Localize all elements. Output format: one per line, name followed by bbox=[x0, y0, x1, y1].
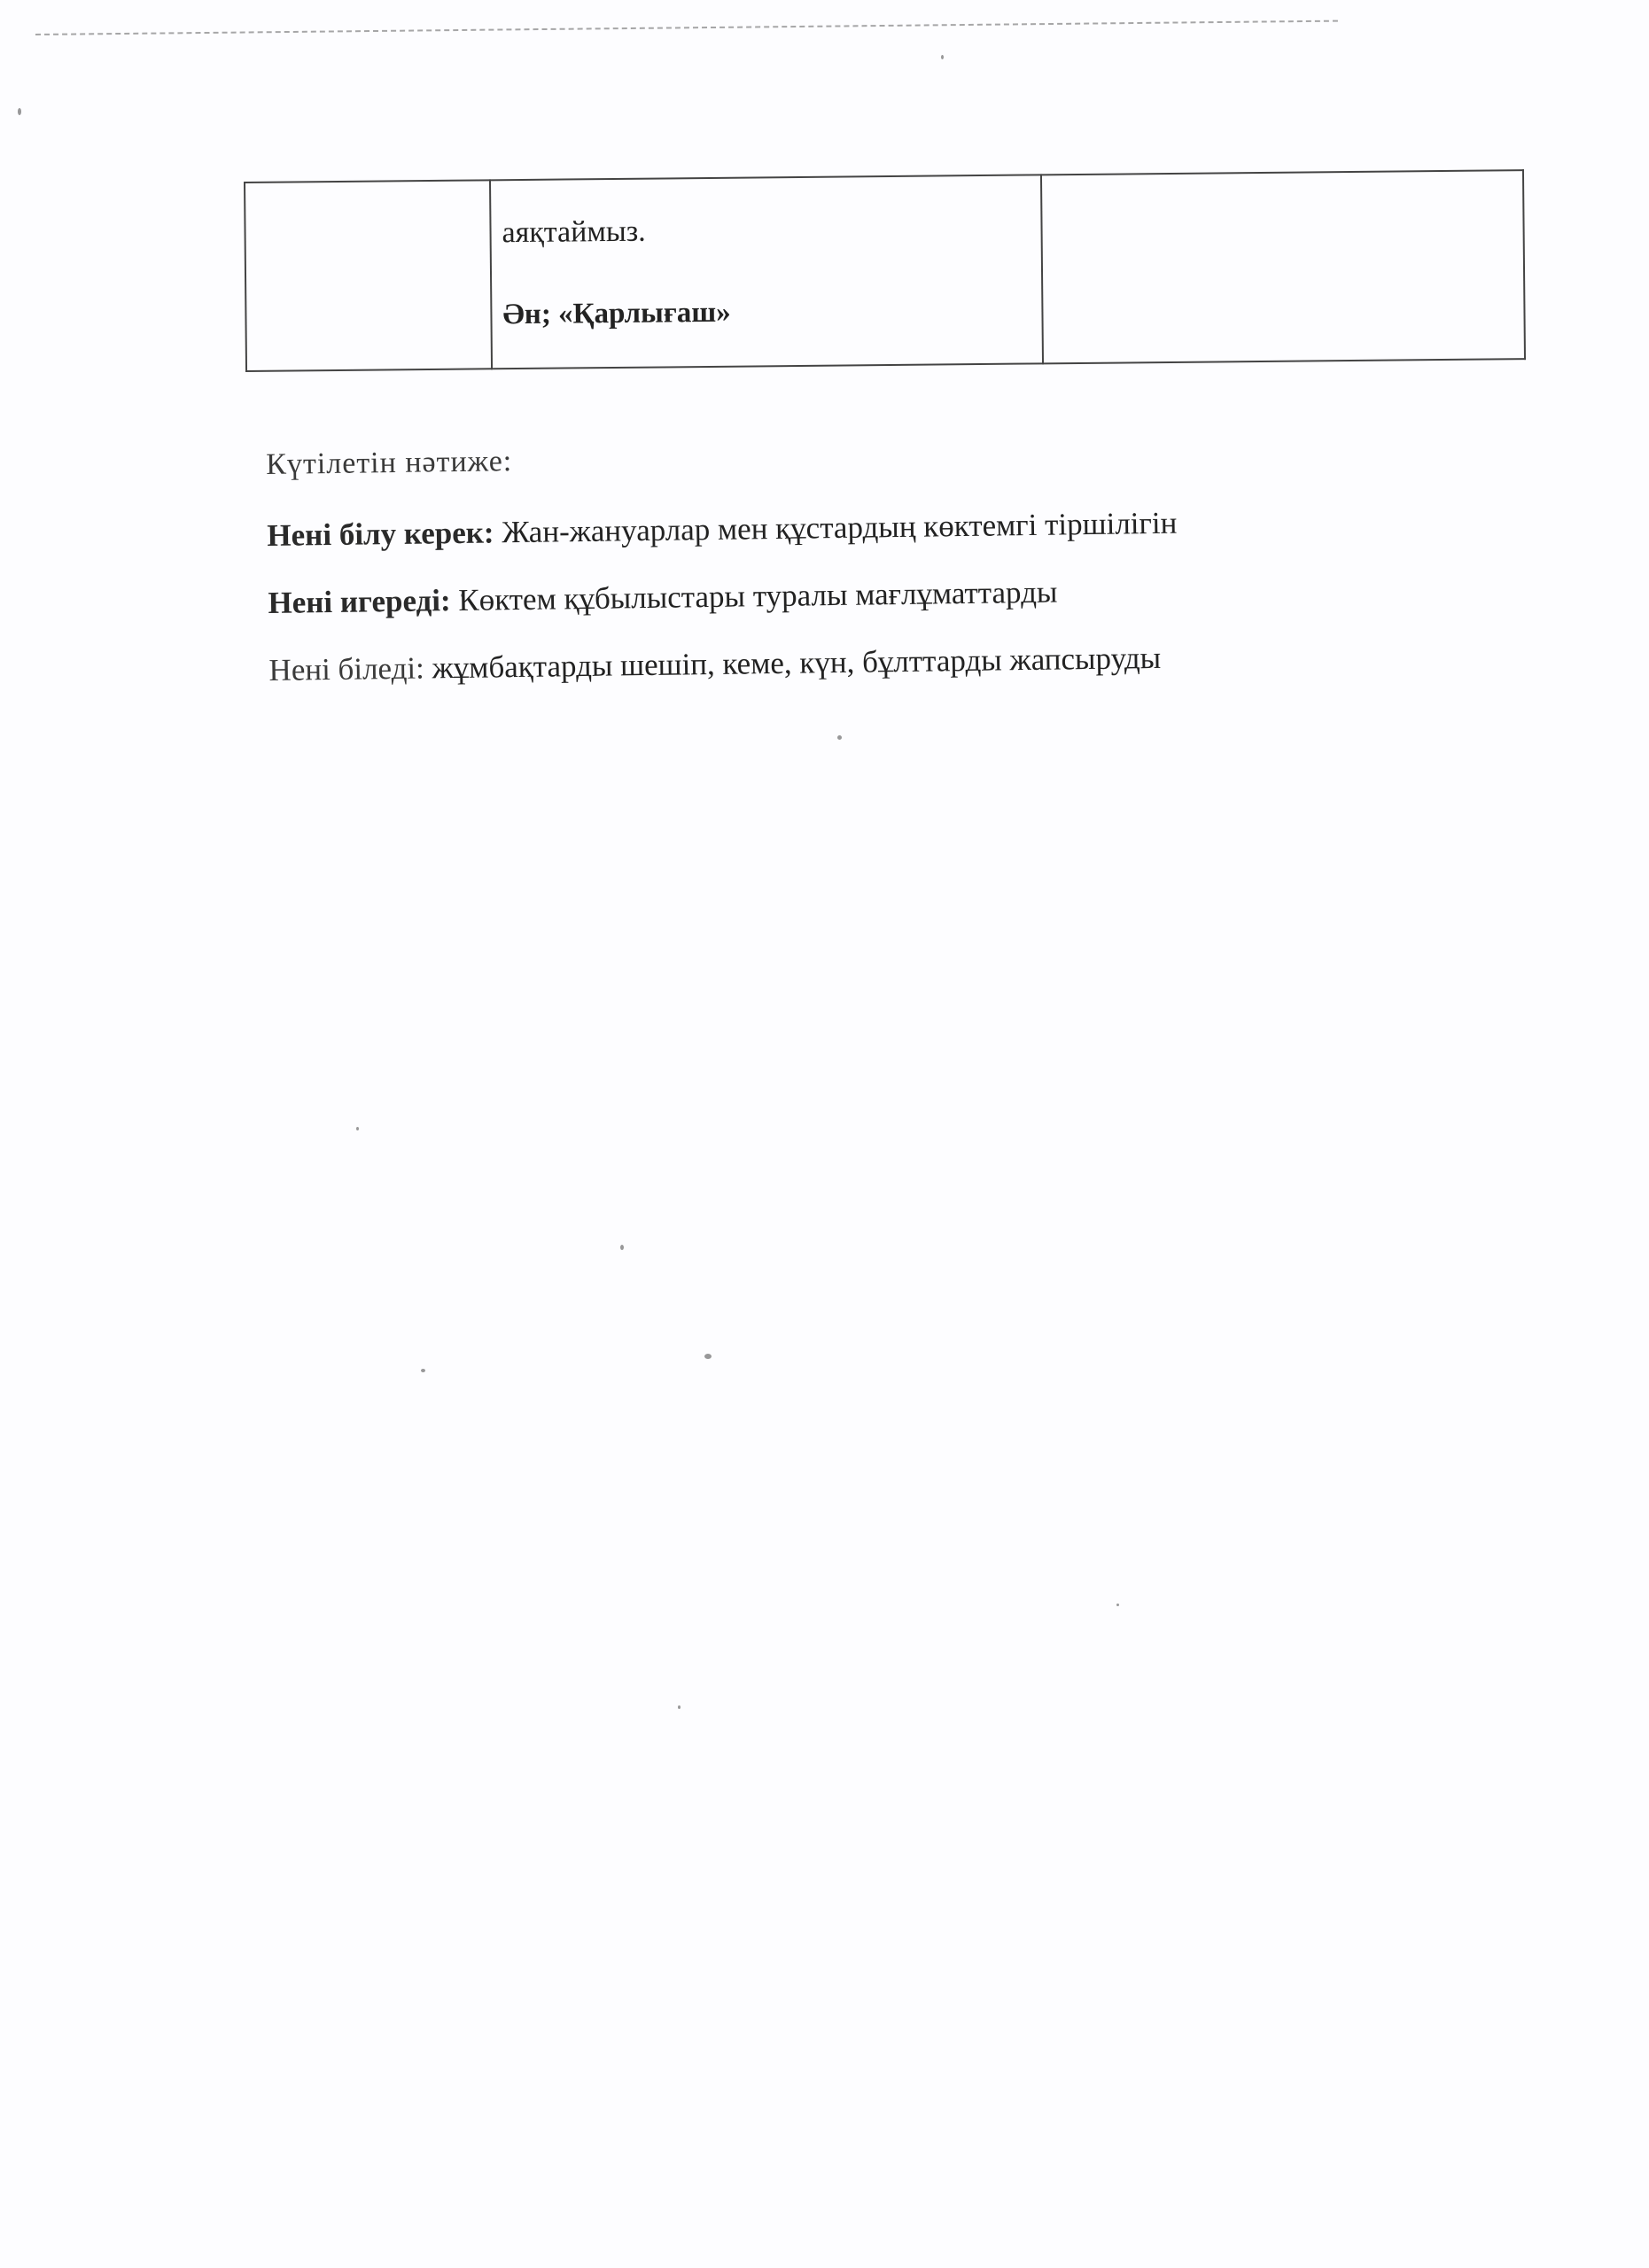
outcome-label: Нені біледі: bbox=[268, 651, 424, 687]
outcome-item-master: Нені игереді: Көктем құбылыстары туралы … bbox=[268, 570, 1420, 621]
outcome-text: жұмбақтарды шешіп, кеме, күн, бұлттарды … bbox=[424, 641, 1162, 686]
expected-outcomes-section: Күтілетін нәтиже: Нені білу керек: Жан-ж… bbox=[266, 431, 1421, 720]
table-cell-empty-right bbox=[1041, 170, 1525, 363]
table-cell-activity: аяқтаймыз. Ән; «Қарлығаш» bbox=[490, 175, 1043, 369]
outcome-text: Жан-жануарлар мен құстардың көктемгі тір… bbox=[494, 506, 1177, 550]
scan-speck bbox=[18, 108, 21, 115]
scan-speck bbox=[941, 55, 944, 59]
table-row: аяқтаймыз. Ән; «Қарлығаш» bbox=[245, 170, 1525, 371]
activity-text: аяқтаймыз. bbox=[502, 211, 1040, 250]
expected-outcomes-heading: Күтілетін нәтиже: bbox=[266, 431, 1418, 483]
scan-speck bbox=[837, 735, 842, 740]
scan-speck bbox=[1116, 1604, 1119, 1606]
table-cell-empty-left bbox=[245, 180, 492, 371]
scan-speck bbox=[704, 1354, 712, 1359]
outcome-item-knows: Нені біледі: жұмбақтарды шешіп, кеме, кү… bbox=[268, 637, 1420, 688]
scan-speck bbox=[620, 1245, 624, 1250]
outcome-label: Нені білу керек: bbox=[267, 515, 494, 553]
song-title: Ән; «Қарлығаш» bbox=[502, 292, 1041, 331]
outcome-item-know: Нені білу керек: Жан-жануарлар мен құста… bbox=[267, 502, 1419, 554]
scan-border-line bbox=[35, 20, 1338, 35]
scan-speck bbox=[356, 1127, 359, 1130]
lesson-table: аяқтаймыз. Ән; «Қарлығаш» bbox=[244, 169, 1526, 372]
scan-speck bbox=[421, 1369, 425, 1372]
scan-speck bbox=[678, 1705, 681, 1709]
outcome-label: Нені игереді: bbox=[268, 583, 451, 620]
outcome-text: Көктем құбылыстары туралы мағлұматтарды bbox=[450, 575, 1057, 618]
